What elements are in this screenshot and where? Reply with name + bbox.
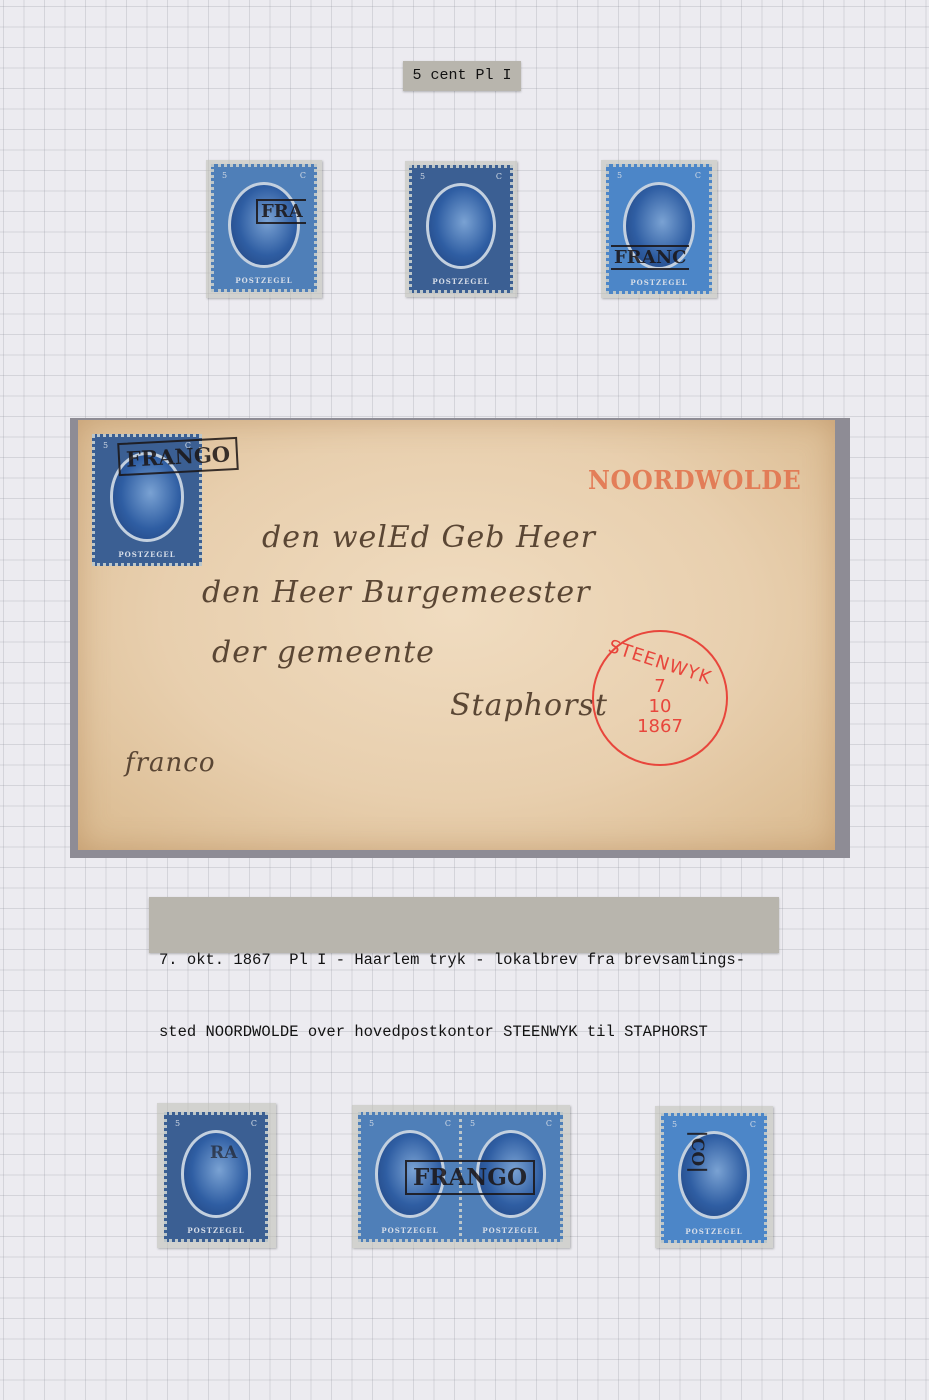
franco-boxed-cancel: FRANGO [405,1160,535,1195]
cover-caption: 7. okt. 1867 Pl I - Haarlem tryk - lokal… [149,897,779,953]
stamp-corner-value: 5 [672,1120,677,1129]
address-line-1: den welEd Geb Heer [262,520,596,555]
franco-cancel: FRANC [611,245,689,270]
stamp-5c-2: 5 C POSTZEGEL [409,165,513,293]
stamp-corner-value: 5 [222,171,227,180]
stamp-inscription: POSTZEGEL [214,276,314,285]
stamp-corner-value: C [695,171,701,180]
stamp-corner-value: 5 [175,1119,180,1128]
address-line-2: den Heer Burgemeester [202,575,591,610]
caption-line-1: 7. okt. 1867 Pl I - Haarlem tryk - lokal… [159,948,779,972]
stamp-corner-value: C [445,1119,451,1128]
stamp-corner-value: C [546,1119,552,1128]
stamp-corner-value: 5 [369,1119,374,1128]
cds-day: 7 [594,676,726,697]
franco-cancel: RA [207,1143,240,1163]
noordwolde-postmark: NOORDWOLDE [588,464,801,496]
stamp-corner-value: C [750,1120,756,1129]
page-title-label: 5 cent Pl I [403,61,521,91]
stamp-inscription: POSTZEGEL [462,1226,560,1235]
stamp-inscription: POSTZEGEL [609,278,709,287]
stamp-corner-value: 5 [103,441,108,450]
stamp-corner-value: 5 [420,172,425,181]
stamp-corner-value: 5 [617,171,622,180]
stamp-corner-value: C [300,171,306,180]
stamp-5c-5: 5 C POSTZEGEL CO [661,1113,767,1243]
cds-year: 1867 [594,716,726,737]
caption-line-2: sted NOORDWOLDE over hovedpostkontor STE… [159,1020,779,1044]
cds-month: 10 [594,696,726,717]
franco-note: franco [125,748,216,778]
stamp-inscription: POSTZEGEL [664,1227,764,1236]
stamp-inscription: POSTZEGEL [95,550,199,559]
stamp-corner-value: 5 [470,1119,475,1128]
stamp-corner-value: C [496,172,502,181]
franco-cancel: FRA [256,199,306,224]
stamp-inscription: POSTZEGEL [361,1226,459,1235]
stamp-5c-3: 5 C POSTZEGEL FRANC [606,164,712,294]
stamp-5c-4: 5 C POSTZEGEL RA [164,1112,268,1242]
king-portrait [228,182,300,269]
address-line-3: der gemeente [212,635,435,670]
steenwyk-cds-postmark: STEENWYK 7 10 1867 [592,630,728,766]
stamp-5c-1: 5 C POSTZEGEL FRA [211,164,317,292]
franco-cancel: CO [687,1133,707,1171]
stamp-corner-value: C [251,1119,257,1128]
stamp-inscription: POSTZEGEL [412,277,510,286]
king-portrait [426,183,497,270]
franco-boxed-cancel: FRANGO [117,437,239,476]
address-line-4: Staphorst [450,688,608,723]
stamp-inscription: POSTZEGEL [167,1226,265,1235]
